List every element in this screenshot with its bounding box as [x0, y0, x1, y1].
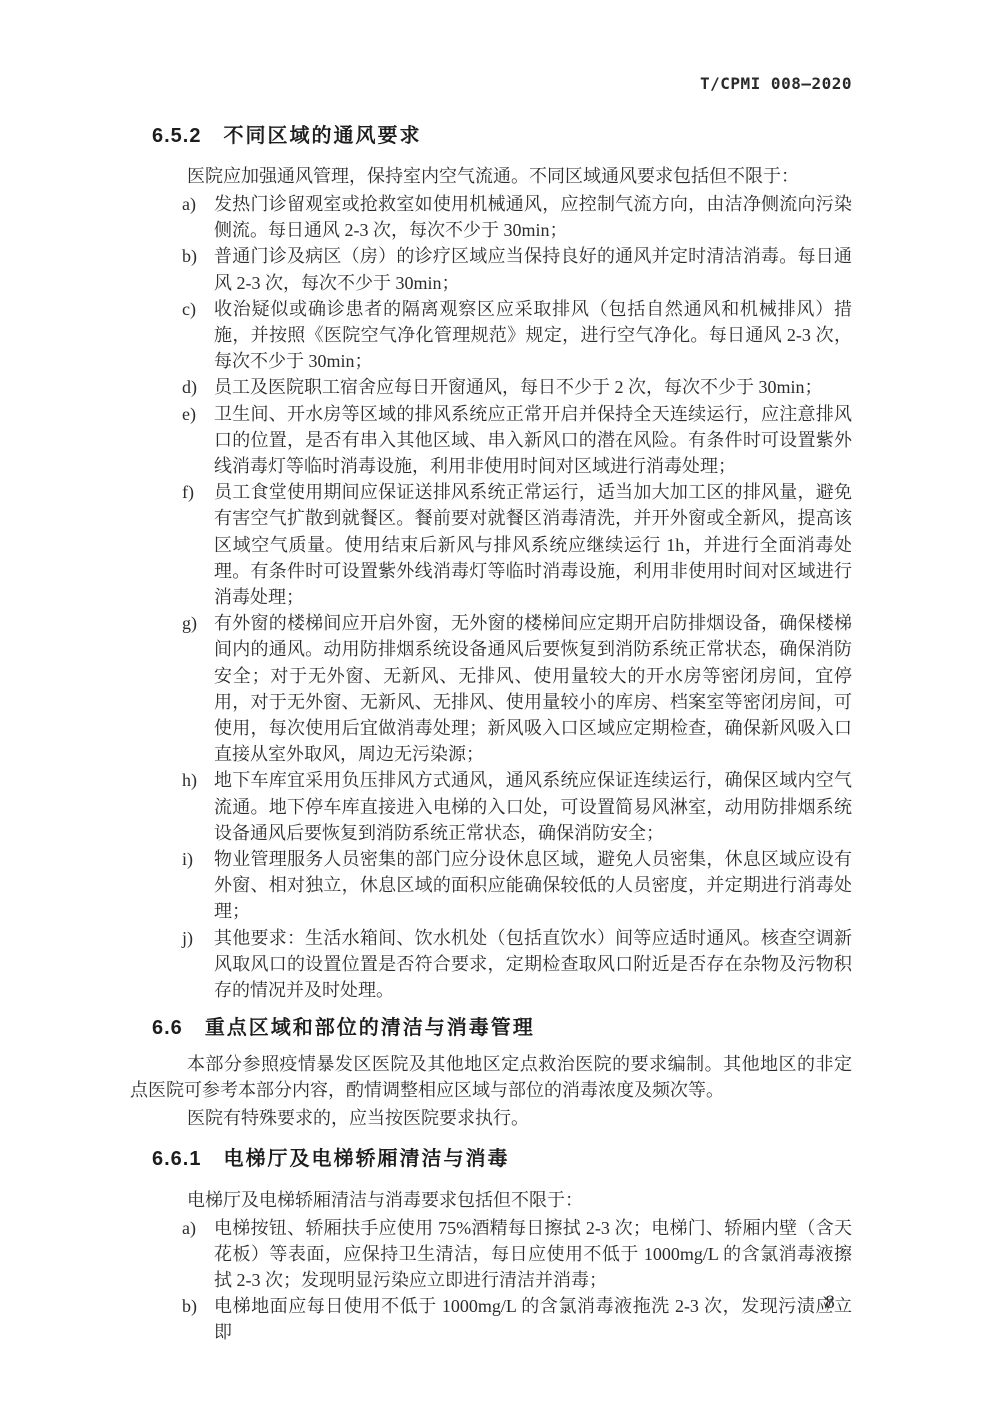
list-item-text: 卫生间、开水房等区域的排风系统应正常开启并保持全天连续运行，应注意排风口的位置，…: [214, 401, 852, 480]
list-item-text: 员工及医院职工宿舍应每日开窗通风，每日不少于 2 次，每次不少于 30min；: [214, 374, 852, 400]
section-title: 重点区域和部位的清洁与消毒管理: [205, 1017, 535, 1039]
section-heading-6-6: 6.6重点区域和部位的清洁与消毒管理: [152, 1015, 852, 1041]
section-heading-6-6-1: 6.6.1电梯厅及电梯轿厢清洁与消毒: [152, 1146, 852, 1172]
list-item-text: 电梯按钮、轿厢扶手应使用 75%酒精每日擦拭 2-3 次；电梯门、轿厢内壁（含天…: [214, 1215, 852, 1293]
list-item-label: g): [182, 610, 197, 636]
list-item-text: 员工食堂使用期间应保证送排风系统正常运行，适当加大加工区的排风量，避免有害空气扩…: [214, 479, 852, 610]
list-item-i: i) 物业管理服务人员密集的部门应分设休息区域，避免人员密集，休息区域应设有外窗…: [130, 846, 852, 925]
list-item-h: h) 地下车库宜采用负压排风方式通风，通风系统应保证连续运行，确保区域内空气流通…: [130, 767, 852, 846]
list-item-a: a) 发热门诊留观室或抢救室如使用机械通风，应控制气流方向，由洁净侧流向污染侧流…: [130, 191, 852, 243]
list-item-text: 物业管理服务人员密集的部门应分设休息区域，避免人员密集，休息区域应设有外窗、相对…: [214, 846, 852, 925]
list-item-label: h): [182, 767, 197, 793]
list-item-text: 收治疑似或确诊患者的隔离观察区应采取排风（包括自然通风和机械排风）措施，并按照《…: [214, 296, 852, 375]
list-item-label: c): [182, 296, 196, 322]
section-6-6-1-list: a) 电梯按钮、轿厢扶手应使用 75%酒精每日擦拭 2-3 次；电梯门、轿厢内壁…: [130, 1215, 852, 1345]
list-item-label: d): [182, 374, 197, 400]
list-item-label: b): [182, 1293, 197, 1319]
section-title: 不同区域的通风要求: [223, 125, 421, 147]
section-number: 6.6: [152, 1017, 183, 1039]
list-item-b: b) 电梯地面应每日使用不低于 1000mg/L 的含氯消毒液拖洗 2-3 次，…: [130, 1293, 852, 1345]
list-item-text: 有外窗的楼梯间应开启外窗，无外窗的楼梯间应定期开启防排烟设备，确保楼梯间内的通风…: [214, 610, 852, 767]
list-item-text: 普通门诊及病区（房）的诊疗区域应当保持良好的通风并定时清洁消毒。每日通风 2-3…: [214, 243, 852, 295]
section-6-5-2-intro: 医院应加强通风管理，保持室内空气流通。不同区域通风要求包括但不限于：: [130, 163, 852, 189]
list-item-text: 电梯地面应每日使用不低于 1000mg/L 的含氯消毒液拖洗 2-3 次，发现污…: [214, 1293, 852, 1345]
list-item-c: c) 收治疑似或确诊患者的隔离观察区应采取排风（包括自然通风和机械排风）措施，并…: [130, 296, 852, 375]
list-item-d: d) 员工及医院职工宿舍应每日开窗通风，每日不少于 2 次，每次不少于 30mi…: [130, 374, 852, 400]
list-item-label: f): [182, 479, 194, 505]
list-item-label: e): [182, 401, 196, 427]
list-item-e: e) 卫生间、开水房等区域的排风系统应正常开启并保持全天连续运行，应注意排风口的…: [130, 401, 852, 480]
list-item-text: 地下车库宜采用负压排风方式通风，通风系统应保证连续运行，确保区域内空气流通。地下…: [214, 767, 852, 846]
document-page: T/CPMI 008—2020 6.5.2不同区域的通风要求 医院应加强通风管理…: [0, 0, 1000, 1415]
section-heading-6-5-2: 6.5.2不同区域的通风要求: [152, 123, 852, 149]
list-item-text: 发热门诊留观室或抢救室如使用机械通风，应控制气流方向，由洁净侧流向污染侧流。每日…: [214, 191, 852, 243]
page-number: 8: [818, 1292, 842, 1314]
list-item-g: g) 有外窗的楼梯间应开启外窗，无外窗的楼梯间应定期开启防排烟设备，确保楼梯间内…: [130, 610, 852, 767]
section-6-6-1-intro: 电梯厅及电梯轿厢清洁与消毒要求包括但不限于：: [130, 1187, 852, 1213]
list-item-label: b): [182, 243, 197, 269]
section-6-5-2-list: a) 发热门诊留观室或抢救室如使用机械通风，应控制气流方向，由洁净侧流向污染侧流…: [130, 191, 852, 1003]
list-item-b: b) 普通门诊及病区（房）的诊疗区域应当保持良好的通风并定时清洁消毒。每日通风 …: [130, 243, 852, 295]
list-item-label: a): [182, 191, 196, 217]
document-content: 6.5.2不同区域的通风要求 医院应加强通风管理，保持室内空气流通。不同区域通风…: [130, 0, 852, 1345]
section-number: 6.5.2: [152, 125, 201, 147]
list-item-label: i): [182, 846, 193, 872]
list-item-a: a) 电梯按钮、轿厢扶手应使用 75%酒精每日擦拭 2-3 次；电梯门、轿厢内壁…: [130, 1215, 852, 1293]
section-title: 电梯厅及电梯轿厢清洁与消毒: [223, 1148, 509, 1170]
section-number: 6.6.1: [152, 1148, 201, 1170]
list-item-text: 其他要求：生活水箱间、饮水机处（包括直饮水）间等应适时通风。核查空调新风取风口的…: [214, 925, 852, 1004]
list-item-label: a): [182, 1215, 196, 1241]
list-item-label: j): [182, 925, 193, 951]
list-item-f: f) 员工食堂使用期间应保证送排风系统正常运行，适当加大加工区的排风量，避免有害…: [130, 479, 852, 610]
section-6-6-paragraph-1: 本部分参照疫情暴发区医院及其他地区定点救治医院的要求编制。其他地区的非定点医院可…: [130, 1051, 852, 1103]
list-item-j: j) 其他要求：生活水箱间、饮水机处（包括直饮水）间等应适时通风。核查空调新风取…: [130, 925, 852, 1004]
section-6-6-paragraph-2: 医院有特殊要求的，应当按医院要求执行。: [130, 1105, 852, 1131]
